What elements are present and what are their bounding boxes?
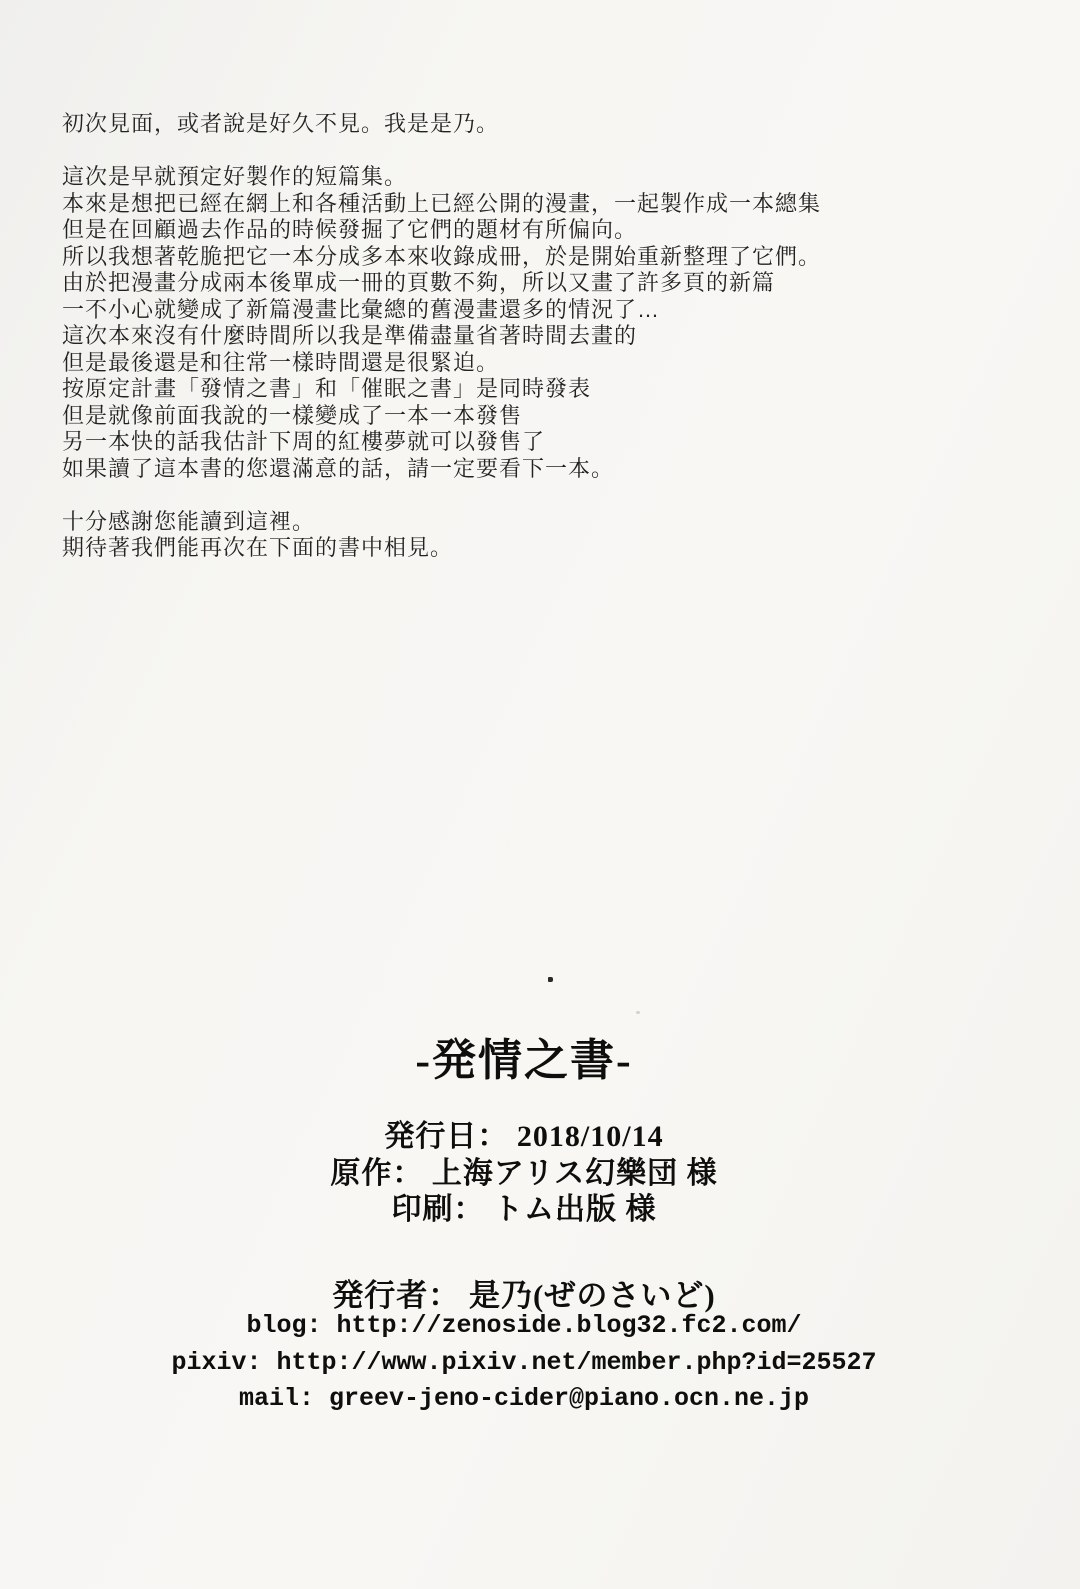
contact-line: pixiv: http://www.pixiv.net/member.php?i… (0, 1345, 1048, 1382)
ink-speck (548, 977, 553, 982)
book-title: -発情之書- (0, 1024, 1048, 1088)
colophon: -発情之書- 発行日： 2018/10/14原作： 上海アリス幻樂団 様印刷： … (0, 0, 1048, 1589)
publication-info-line: 印刷： トム出版 様 (0, 1192, 1048, 1229)
contact-links: blog: http://zenoside.blog32.fc2.com/pix… (0, 1308, 1048, 1418)
publication-info-line: 原作： 上海アリス幻樂団 様 (0, 1156, 1048, 1193)
publication-info-line: 発行日： 2018/10/14 (0, 1119, 1048, 1156)
faint-speck (636, 1011, 640, 1014)
contact-line: blog: http://zenoside.blog32.fc2.com/ (0, 1308, 1048, 1345)
publication-info: 発行日： 2018/10/14原作： 上海アリス幻樂団 様印刷： トム出版 様 (0, 1119, 1048, 1229)
contact-line: mail: greev-jeno-cider@piano.ocn.ne.jp (0, 1381, 1048, 1418)
